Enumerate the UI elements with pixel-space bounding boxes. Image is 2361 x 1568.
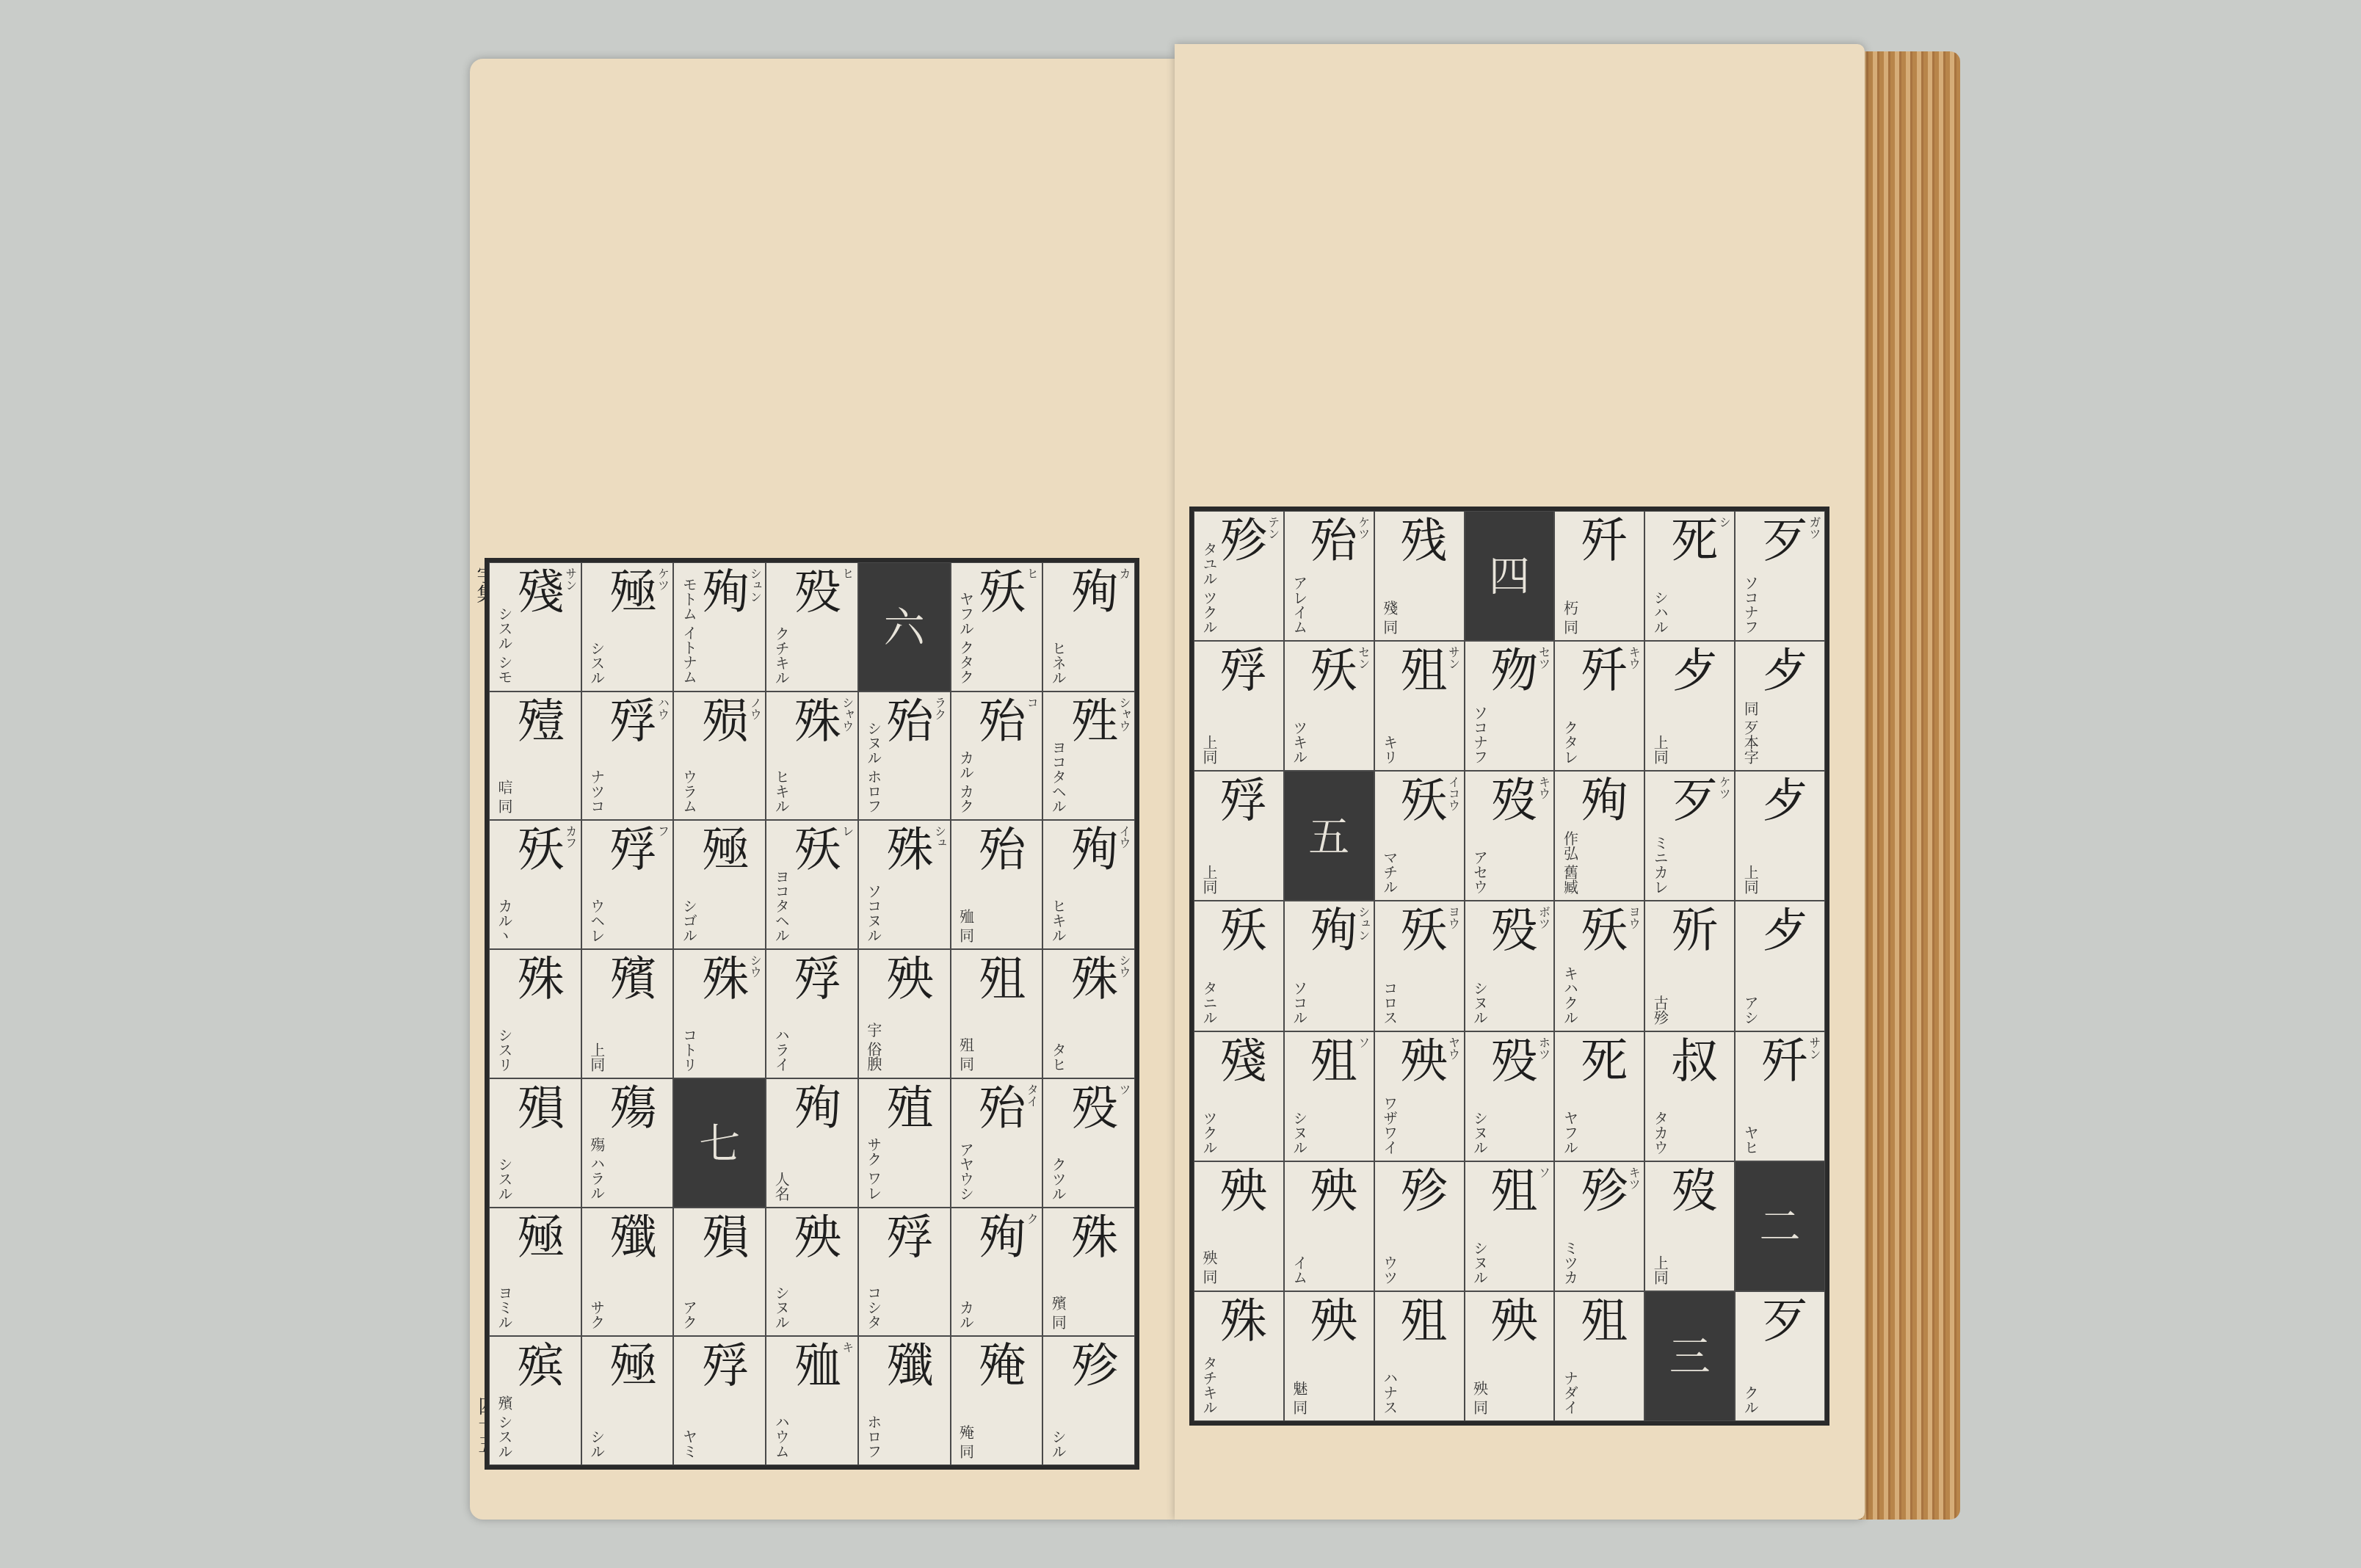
entry-character: 殃 (887, 956, 934, 1003)
entry-gloss: ソコナフ (1740, 576, 1761, 634)
entry-character: 殊 (794, 698, 841, 745)
entry-reading: イウ (1116, 825, 1133, 849)
entry-character: 殈 (794, 1343, 841, 1390)
entry-gloss: シヌル (1289, 1111, 1310, 1155)
entry-reading: ケツ (654, 567, 671, 591)
entry-gloss: ツクル (1199, 1111, 1220, 1155)
entry-character: 殊 (1220, 1298, 1267, 1345)
entry-character: 殂 (1401, 647, 1448, 694)
entry-gloss: アク (678, 1300, 700, 1329)
entry-character: 歼 (1761, 1038, 1808, 1085)
entry-character: 歺 (1761, 777, 1808, 824)
entry-gloss: ヨコタヘル (1048, 740, 1069, 813)
entry-character: 歺 (1761, 647, 1808, 694)
entry-character: 殍 (702, 1343, 749, 1390)
entry-gloss: シヌル (1470, 1111, 1491, 1155)
entry-character: 殂 (979, 956, 1026, 1003)
entry-gloss: 殘 同 (1379, 600, 1401, 634)
entry-reading: ケツ (1716, 776, 1733, 799)
entry-character: 歿 (1671, 1168, 1718, 1215)
entry-reading: セン (1355, 646, 1372, 669)
dictionary-entry: 殒ノウウラム (673, 692, 766, 821)
entry-gloss: ミツカ (1559, 1241, 1581, 1285)
entry-gloss: 殃 同 (1199, 1250, 1220, 1284)
entry-character: 殄 (1581, 1168, 1628, 1215)
stroke-count-marker: 六 (858, 562, 951, 692)
entry-character: 殍 (609, 698, 656, 745)
entry-gloss: 殯 同 (1048, 1296, 1069, 1329)
entry-reading: キウ (1625, 646, 1642, 669)
entry-character: 殍 (1220, 777, 1267, 824)
entry-character: 歺 (1671, 647, 1718, 694)
entry-reading: フ (654, 825, 671, 837)
entry-gloss: 古殄 (1650, 995, 1671, 1025)
dictionary-entry: 死シシハル (1644, 511, 1735, 641)
dictionary-entry: 殀イコウマチル (1374, 771, 1465, 901)
dictionary-entry: 歹ガツソコナフ (1735, 511, 1825, 641)
entry-reading: シュン (1355, 906, 1372, 941)
entry-character: 殊 (887, 827, 934, 874)
entry-character: 歼 (1581, 647, 1628, 694)
entry-gloss: ソコヌル (863, 884, 885, 943)
entry-gloss: クタレ (1559, 720, 1581, 764)
entry-gloss: ヨミル (494, 1285, 515, 1329)
entry-gloss: ハナス (1379, 1371, 1401, 1415)
entry-reading: ホツ (1535, 1037, 1552, 1060)
entry-gloss: クチキル (771, 626, 792, 685)
entry-character: 殂 (1401, 1298, 1448, 1345)
entry-gloss: ソコル (1289, 981, 1310, 1025)
entry-gloss: ヤミ (678, 1429, 700, 1459)
entry-character: 殆 (979, 698, 1026, 745)
entry-character: 殊 (1071, 1214, 1118, 1261)
entry-character: 殉 (979, 1214, 1026, 1261)
entry-reading: ボツ (1535, 906, 1552, 929)
entry-character: 殁 (1490, 1038, 1537, 1085)
dictionary-entry: 歺同 歹本字 (1735, 641, 1825, 771)
dictionary-entry: 殍ヤミ (673, 1336, 766, 1465)
entry-character: 殉 (1071, 827, 1118, 874)
dictionary-entry: 殃殃 同 (1194, 1161, 1284, 1291)
dictionary-entry: 殘ツクル (1194, 1031, 1284, 1161)
dictionary-entry: 殁ツクツル (1042, 1078, 1135, 1208)
entry-reading: タイ (1023, 1084, 1040, 1107)
dictionary-entry: 殯上同 (581, 949, 674, 1078)
entry-gloss: 上同 (1740, 865, 1761, 894)
entry-character: 殆 (887, 698, 934, 745)
entry-gloss: 上同 (1199, 865, 1220, 894)
entry-character: 三 (1669, 1337, 1711, 1378)
entry-character: 殞 (518, 1085, 565, 1132)
entry-gloss: ハウム (771, 1415, 792, 1459)
dictionary-entry: 殍上同 (1194, 771, 1284, 901)
entry-reading: ラク (932, 697, 949, 720)
dictionary-entry: 歺上同 (1644, 641, 1735, 771)
dictionary-entry: 殆タイアヤウシ (951, 1078, 1043, 1208)
dictionary-entry: 殅シャウヨコタヘル (1042, 692, 1135, 821)
dictionary-entry: 残殘 同 (1374, 511, 1465, 641)
dictionary-entry: 殀ヒヤフル クタク (951, 562, 1043, 692)
dictionary-entry: 殗殗 同 (951, 1336, 1043, 1465)
entry-reading: サン (1806, 1037, 1823, 1060)
entry-reading: シウ (1116, 954, 1133, 978)
entry-gloss: タチキル (1199, 1356, 1220, 1415)
dictionary-entry: 殉シュンモトム イトナム (673, 562, 766, 692)
kanji-grid-left: 殉カヒネル殀ヒヤフル クタク六殁ヒクチキル殉シュンモトム イトナム殛ケツシスル殘… (485, 558, 1139, 1470)
entry-gloss: シスル (494, 1157, 515, 1201)
entry-character: 叔 (1671, 1038, 1718, 1085)
dictionary-entry: 歼朽 同 (1554, 511, 1644, 641)
dictionary-entry: 殆ラクシヌル ホロフ (858, 692, 951, 821)
entry-gloss: ナダイ (1559, 1371, 1581, 1415)
entry-character: 殂 (1490, 1168, 1537, 1215)
entry-character: 殃 (1310, 1168, 1357, 1215)
entry-character: 殆 (979, 827, 1026, 874)
entry-gloss: ヤヒ (1740, 1125, 1761, 1155)
entry-character: 二 (1760, 1207, 1801, 1248)
dictionary-entry: 殂ハナス (1374, 1291, 1465, 1421)
entry-character: 殀 (979, 569, 1026, 616)
entry-reading: キ (839, 1341, 856, 1353)
entry-character: 殲 (609, 1214, 656, 1261)
open-book: 字集 四十五 殉カヒネル殀ヒヤフル クタク六殁ヒクチキル殉シュンモトム イトナム… (470, 44, 1960, 1520)
entry-character: 殁 (1071, 1085, 1118, 1132)
dictionary-entry: 殍上同 (1194, 641, 1284, 771)
entry-gloss: シヌル (771, 1285, 792, 1329)
entry-reading: カ (1116, 567, 1133, 579)
dictionary-entry: 殉クカル (951, 1208, 1043, 1337)
entry-gloss: ソコナフ (1470, 705, 1491, 764)
entry-gloss: ナツコ (587, 769, 608, 813)
entry-reading: シャウ (1116, 697, 1133, 732)
dictionary-entry: 殖サク ワレ (858, 1078, 951, 1208)
entry-gloss: 作弘 舊臧 (1559, 831, 1581, 894)
entry-gloss: キハクル (1559, 966, 1581, 1025)
entry-gloss: キリ (1379, 735, 1401, 764)
entry-character: 殉 (1581, 777, 1628, 824)
entry-gloss: 上同 (1650, 735, 1671, 764)
dictionary-entry: 殃殃 同 (1465, 1291, 1555, 1421)
entry-gloss: アヤウシ (956, 1142, 977, 1201)
dictionary-entry: 死ヤフル (1554, 1031, 1644, 1161)
entry-character: 殀 (1401, 907, 1448, 954)
entry-character: 殄 (1071, 1343, 1118, 1390)
dictionary-entry: 殛ヨミル (489, 1208, 581, 1337)
dictionary-entry: 殍ハウナツコ (581, 692, 674, 821)
dictionary-entry: 歼キウクタレ (1554, 641, 1644, 771)
entry-gloss: ツキル (1289, 720, 1310, 764)
entry-character: 殀 (794, 827, 841, 874)
entry-character: 殒 (702, 698, 749, 745)
entry-gloss: 宇 俗腴 (863, 1023, 885, 1071)
right-page: 歹ガツソコナフ死シシハル歼朽 同四残殘 同殆ケツアレイム殄テンタユル ツクル歺同… (1175, 44, 1865, 1520)
kanji-grid-right: 歹ガツソコナフ死シシハル歼朽 同四残殘 同殆ケツアレイム殄テンタユル ツクル歺同… (1189, 507, 1829, 1426)
entry-gloss: シハル (1650, 590, 1671, 634)
entry-character: 死 (1671, 518, 1718, 565)
entry-gloss: 殯 シスル (494, 1395, 515, 1459)
dictionary-entry: 殛シル (581, 1336, 674, 1465)
entry-character: 殯 (609, 956, 656, 1003)
dictionary-entry: 殄テンタユル ツクル (1194, 511, 1284, 641)
dictionary-entry: 殞シスル (489, 1078, 581, 1208)
dictionary-entry: 殂サンキリ (1374, 641, 1465, 771)
entry-character: 殄 (1401, 1168, 1448, 1215)
entry-gloss: アシ (1740, 995, 1761, 1025)
entry-reading: ケツ (1355, 516, 1372, 540)
entry-character: 残 (1401, 518, 1448, 565)
entry-reading: テン (1265, 516, 1282, 540)
entry-gloss: ヤフル (1559, 1111, 1581, 1155)
dictionary-entry: 殉作弘 舊臧 (1554, 771, 1644, 901)
dictionary-entry: 殃ヤウワザワイ (1374, 1031, 1465, 1161)
dictionary-entry: 歽古殄 (1644, 901, 1735, 1031)
entry-character: 歾 (1490, 647, 1537, 694)
entry-gloss: マチル (1379, 850, 1401, 894)
dictionary-entry: 歿上同 (1644, 1161, 1735, 1291)
entry-character: 殀 (1401, 777, 1448, 824)
entry-gloss: ワザワイ (1379, 1096, 1401, 1155)
dictionary-entry: 殉シュンソコル (1284, 901, 1374, 1031)
entry-gloss: シスリ (494, 1028, 515, 1072)
dictionary-entry: 殊シウタヒ (1042, 949, 1135, 1078)
entry-character: 殃 (1401, 1038, 1448, 1085)
entry-gloss: コロス (1379, 981, 1401, 1025)
dictionary-entry: 殡殯 シスル (489, 1336, 581, 1465)
stroke-count-marker: 五 (1284, 771, 1374, 901)
dictionary-entry: 殀レヨコタヘル (766, 820, 858, 949)
entry-character: 殉 (702, 569, 749, 616)
dictionary-entry: 殍フウヘレ (581, 820, 674, 949)
entry-gloss: シスル (587, 641, 608, 685)
dictionary-entry: 殃魅 同 (1284, 1291, 1374, 1421)
entry-gloss: ウツ (1379, 1255, 1401, 1285)
entry-reading: ク (1023, 1213, 1040, 1224)
dictionary-entry: 殃イム (1284, 1161, 1374, 1291)
entry-character: 殛 (702, 827, 749, 874)
entry-character: 殀 (518, 827, 565, 874)
entry-character: 殀 (1310, 647, 1357, 694)
entry-character: 歺 (1761, 907, 1808, 954)
entry-gloss: カル カク (956, 750, 977, 813)
entry-gloss: タユル ツクル (1199, 542, 1220, 634)
dictionary-entry: 殛シゴル (673, 820, 766, 949)
entry-character: 殪 (518, 698, 565, 745)
entry-gloss: 殗 同 (956, 1425, 977, 1459)
entry-character: 殛 (609, 1343, 656, 1390)
dictionary-entry: 殁ボツシヌル (1465, 901, 1555, 1031)
entry-character: 五 (1308, 817, 1349, 858)
entry-character: 歽 (1671, 907, 1718, 954)
dictionary-entry: 殃シヌル (766, 1208, 858, 1337)
entry-character: 四 (1489, 556, 1530, 598)
entry-gloss: サク (587, 1300, 608, 1329)
entry-reading: ツ (1116, 1084, 1133, 1095)
dictionary-entry: 殄キツミツカ (1554, 1161, 1644, 1291)
entry-gloss: ウラム (678, 769, 700, 813)
dictionary-entry: 歹ケツミニカレ (1644, 771, 1735, 901)
entry-character: 殡 (518, 1343, 565, 1390)
entry-character: 歹 (1761, 518, 1808, 565)
dictionary-entry: 殪唁 同 (489, 692, 581, 821)
entry-character: 歼 (1581, 518, 1628, 565)
entry-reading: ヨウ (1446, 906, 1462, 929)
dictionary-entry: 殊シスリ (489, 949, 581, 1078)
entry-gloss: 殃 同 (1470, 1381, 1491, 1415)
dictionary-entry: 殀センツキル (1284, 641, 1374, 771)
entry-gloss: アセウ (1470, 850, 1491, 894)
entry-gloss: 殂 同 (956, 1037, 977, 1071)
entry-gloss: ホロフ (863, 1415, 885, 1459)
entry-character: 殃 (1490, 1298, 1537, 1345)
dictionary-entry: 殀タニル (1194, 901, 1284, 1031)
entry-character: 歿 (1490, 777, 1537, 824)
entry-character: 殂 (1310, 1038, 1357, 1085)
entry-reading: シュ (932, 825, 949, 849)
entry-character: 殍 (794, 956, 841, 1003)
entry-character: 殁 (794, 569, 841, 616)
stroke-count-marker: 三 (1644, 1291, 1735, 1421)
entry-reading: シャウ (839, 697, 856, 732)
entry-gloss: イム (1289, 1255, 1310, 1285)
entry-character: 殃 (794, 1214, 841, 1261)
entry-character: 殆 (979, 1085, 1026, 1132)
entry-gloss: モトム イトナム (678, 577, 700, 684)
dictionary-entry: 殤殤 ハラル (581, 1078, 674, 1208)
entry-character: 殉 (794, 1085, 841, 1132)
entry-gloss: 同 歹本字 (1740, 701, 1761, 764)
entry-character: 殊 (518, 956, 565, 1003)
entry-reading: キウ (1535, 776, 1552, 799)
entry-gloss: シスル シモ (494, 606, 515, 684)
entry-gloss: 朽 同 (1559, 600, 1581, 634)
dictionary-entry: 殄シル (1042, 1336, 1135, 1465)
entry-gloss: ハライ (771, 1028, 792, 1072)
dictionary-entry: 殞アク (673, 1208, 766, 1337)
entry-gloss: シゴル (678, 899, 700, 943)
entry-reading: ヨウ (1625, 906, 1642, 929)
dictionary-entry: 殂ナダイ (1554, 1291, 1644, 1421)
entry-gloss: 上同 (587, 1042, 608, 1072)
entry-character: 殀 (1220, 907, 1267, 954)
entry-gloss: タニル (1199, 981, 1220, 1025)
dictionary-entry: 歺アシ (1735, 901, 1825, 1031)
dictionary-entry: 歺上同 (1735, 771, 1825, 901)
dictionary-entry: 殊シャウヒキル (766, 692, 858, 821)
dictionary-entry: 殍ハライ (766, 949, 858, 1078)
dictionary-entry: 殀ヨウキハクル (1554, 901, 1644, 1031)
entry-character: 六 (884, 608, 925, 649)
entry-gloss: 唁 同 (494, 780, 515, 813)
entry-gloss: ヨコタヘル (771, 869, 792, 943)
dictionary-entry: 殁ヒクチキル (766, 562, 858, 692)
stroke-count-marker: 二 (1735, 1161, 1825, 1291)
entry-gloss: 上同 (1650, 1255, 1671, 1285)
entry-gloss: クル (1740, 1385, 1761, 1415)
entry-character: 殃 (1220, 1168, 1267, 1215)
entry-character: 殅 (1071, 698, 1118, 745)
entry-reading: ヤウ (1446, 1037, 1462, 1060)
dictionary-entry: 殘サンシスル シモ (489, 562, 581, 692)
entry-gloss: ヒネル (1048, 641, 1069, 685)
entry-character: 七 (699, 1124, 740, 1165)
entry-gloss: タカウ (1650, 1111, 1671, 1155)
dictionary-entry: 殲ホロフ (858, 1336, 951, 1465)
entry-character: 歹 (1761, 1298, 1808, 1345)
entry-reading: ヒ (1023, 567, 1040, 579)
dictionary-entry: 殊シュソコヌル (858, 820, 951, 949)
entry-reading: サン (1446, 646, 1462, 669)
entry-character: 歹 (1671, 777, 1718, 824)
entry-reading: カフ (562, 825, 579, 849)
entry-character: 殛 (609, 569, 656, 616)
dictionary-entry: 殍コシタ (858, 1208, 951, 1337)
entry-gloss: カル (956, 1300, 977, 1329)
dictionary-entry: 殂ソシヌル (1465, 1161, 1555, 1291)
entry-gloss: 魅 同 (1289, 1381, 1310, 1415)
dictionary-entry: 殂殂 同 (951, 949, 1043, 1078)
entry-gloss: コシタ (863, 1285, 885, 1329)
entry-character: 殁 (1490, 907, 1537, 954)
entry-character: 殘 (1220, 1038, 1267, 1085)
dictionary-entry: 殊タチキル (1194, 1291, 1284, 1421)
entry-character: 殍 (887, 1214, 934, 1261)
entry-character: 殤 (609, 1085, 656, 1132)
entry-character: 殊 (1071, 956, 1118, 1003)
dictionary-entry: 叔タカウ (1644, 1031, 1735, 1161)
dictionary-entry: 殃宇 俗腴 (858, 949, 951, 1078)
stroke-count-marker: 四 (1465, 511, 1555, 641)
entry-character: 殲 (887, 1343, 934, 1390)
entry-gloss: タヒ (1048, 1042, 1069, 1072)
entry-character: 殊 (702, 956, 749, 1003)
dictionary-entry: 殂ソシヌル (1284, 1031, 1374, 1161)
dictionary-entry: 歹クル (1735, 1291, 1825, 1421)
entry-gloss: シル (1048, 1429, 1069, 1459)
entry-character: 死 (1581, 1038, 1628, 1085)
entry-reading: コ (1023, 697, 1040, 708)
entry-reading: シウ (747, 954, 764, 978)
entry-character: 殃 (1310, 1298, 1357, 1345)
entry-character: 殄 (1220, 518, 1267, 565)
entry-reading: イコウ (1446, 776, 1462, 811)
entry-gloss: シヌル ホロフ (863, 721, 885, 813)
entry-character: 殂 (1581, 1298, 1628, 1345)
dictionary-entry: 殀ヨウコロス (1374, 901, 1465, 1031)
entry-reading: ソ (1535, 1166, 1552, 1178)
entry-reading: セツ (1535, 646, 1552, 669)
entry-gloss: ヒキル (771, 769, 792, 813)
entry-character: 殗 (979, 1343, 1026, 1390)
dictionary-entry: 殛ケツシスル (581, 562, 674, 692)
entry-character: 殛 (518, 1214, 565, 1261)
dictionary-entry: 殈キハウム (766, 1336, 858, 1465)
entry-reading: ノウ (747, 697, 764, 720)
dictionary-entry: 殊殯 同 (1042, 1208, 1135, 1337)
entry-gloss: サク ワレ (863, 1137, 885, 1200)
entry-gloss: シヌル (1470, 981, 1491, 1025)
entry-reading: サン (562, 567, 579, 591)
dictionary-entry: 殲サク (581, 1208, 674, 1337)
entry-gloss: コトリ (678, 1028, 700, 1072)
entry-gloss: クツル (1048, 1157, 1069, 1201)
entry-character: 殀 (1581, 907, 1628, 954)
entry-gloss: ヤフル クタク (956, 592, 977, 684)
entry-gloss: アレイム (1289, 576, 1310, 634)
entry-reading: シュン (747, 567, 764, 603)
entry-gloss: シヌル (1470, 1241, 1491, 1285)
entry-gloss: ウヘレ (587, 899, 608, 943)
dictionary-entry: 殉カヒネル (1042, 562, 1135, 692)
